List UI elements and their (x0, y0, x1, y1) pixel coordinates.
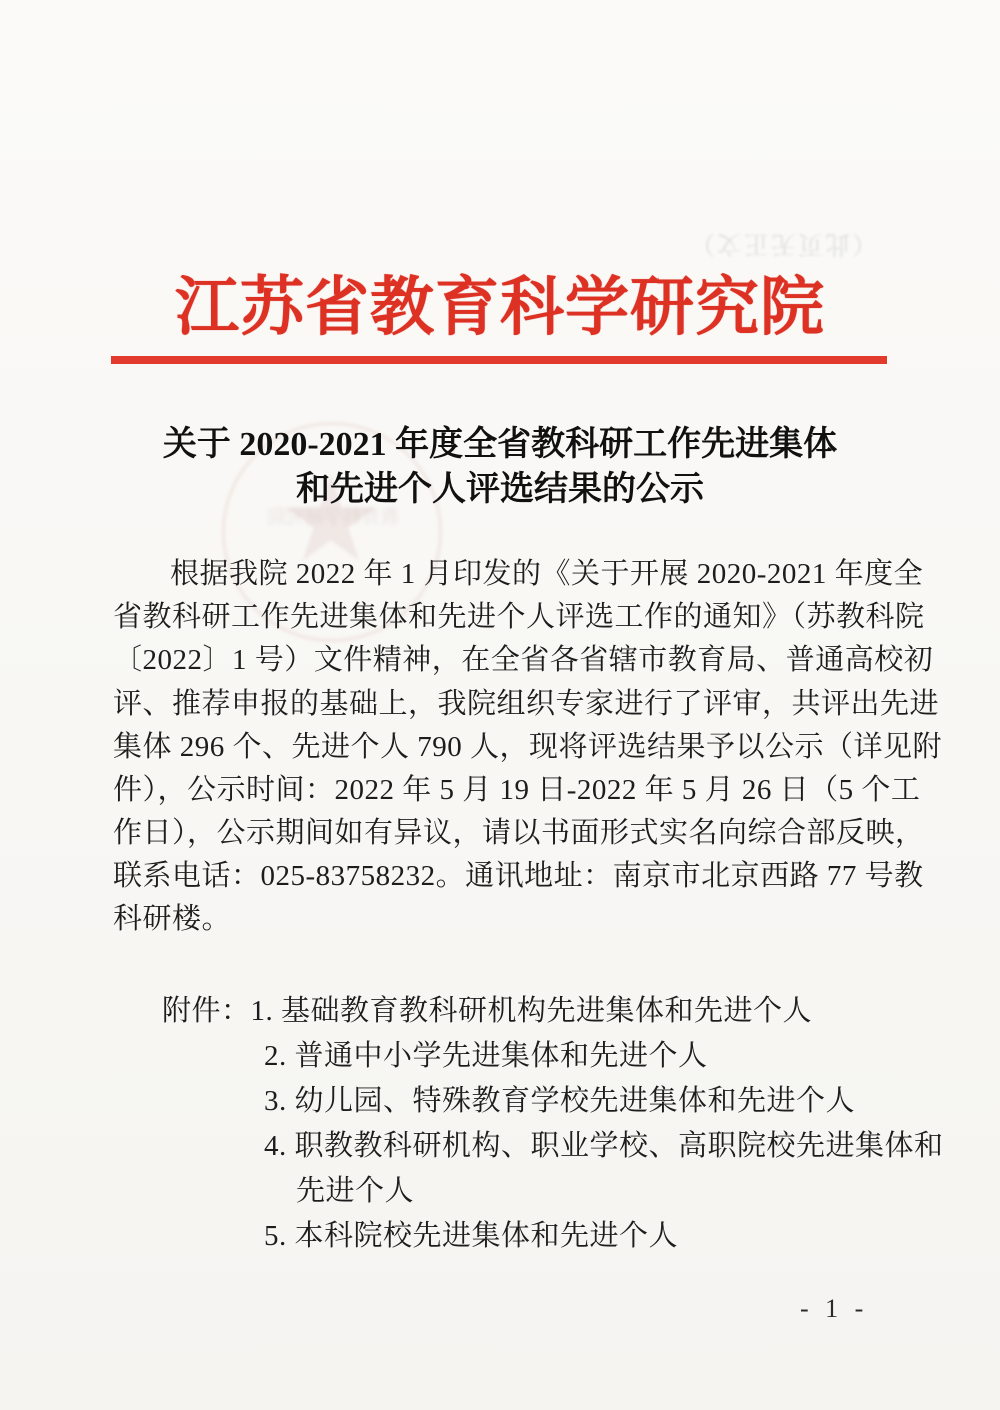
body-line: 集体 296 个、先进个人 790 人，现将评选结果予以公示（详见附 (113, 729, 893, 772)
attachment-item: 2. 普通中小学先进集体和先进个人 (264, 1038, 708, 1083)
body-line: 件），公示时间：2022 年 5 月 19 日-2022 年 5 月 26 日（… (113, 772, 893, 815)
body-line: 科研楼。 (113, 901, 893, 944)
body-line: 根据我院 2022 年 1 月印发的《关于开展 2020-2021 年度全 (113, 556, 893, 599)
body-line: 评、推荐申报的基础上，我院组织专家进行了评审，共评出先进 (113, 686, 893, 729)
body-line: 作日），公示期间如有异议，请以书面形式实名向综合部反映， (113, 815, 893, 858)
attachment-item: 4. 职教教科研机构、职业学校、高职院校先进集体和 (264, 1128, 944, 1173)
document-title-line2: 和先进个人评选结果的公示 (0, 461, 1000, 510)
attachment-item: 3. 幼儿园、特殊教育学校先进集体和先进个人 (264, 1083, 855, 1128)
page-number: - 1 - (800, 1294, 868, 1324)
attachments-label: 附件： (162, 995, 251, 1027)
letterhead-org-name: 江苏省教育科学研究院 (0, 256, 1000, 348)
body-line: 省教科研工作先进集体和先进个人评选工作的通知》（苏教科院 (113, 599, 893, 642)
body-line: 联系电话：025-83758232。通讯地址：南京市北京西路 77 号教 (113, 858, 893, 901)
body-line: 〔2022〕1 号）文件精神，在全省各省辖市教育局、普通高校初 (113, 642, 893, 685)
attachment-item: 5. 本科院校先进集体和先进个人 (264, 1218, 678, 1263)
letterhead-red-rule (111, 356, 887, 364)
attachments-label-and-item1: 附件：1. 基础教育教科研机构先进集体和先进个人 (162, 993, 812, 1038)
attachment-item-continuation: 先进个人 (296, 1173, 414, 1218)
document-title-line1: 关于 2020-2021 年度全省教科研工作先进集体 (0, 416, 1000, 465)
attachment-item: 1. 基础教育教科研机构先进集体和先进个人 (251, 995, 813, 1027)
scanned-document-page: （此页无正文） ★ 教育科学研究院 江苏省教育科学研究院 关于 2020-202… (0, 0, 1000, 1410)
